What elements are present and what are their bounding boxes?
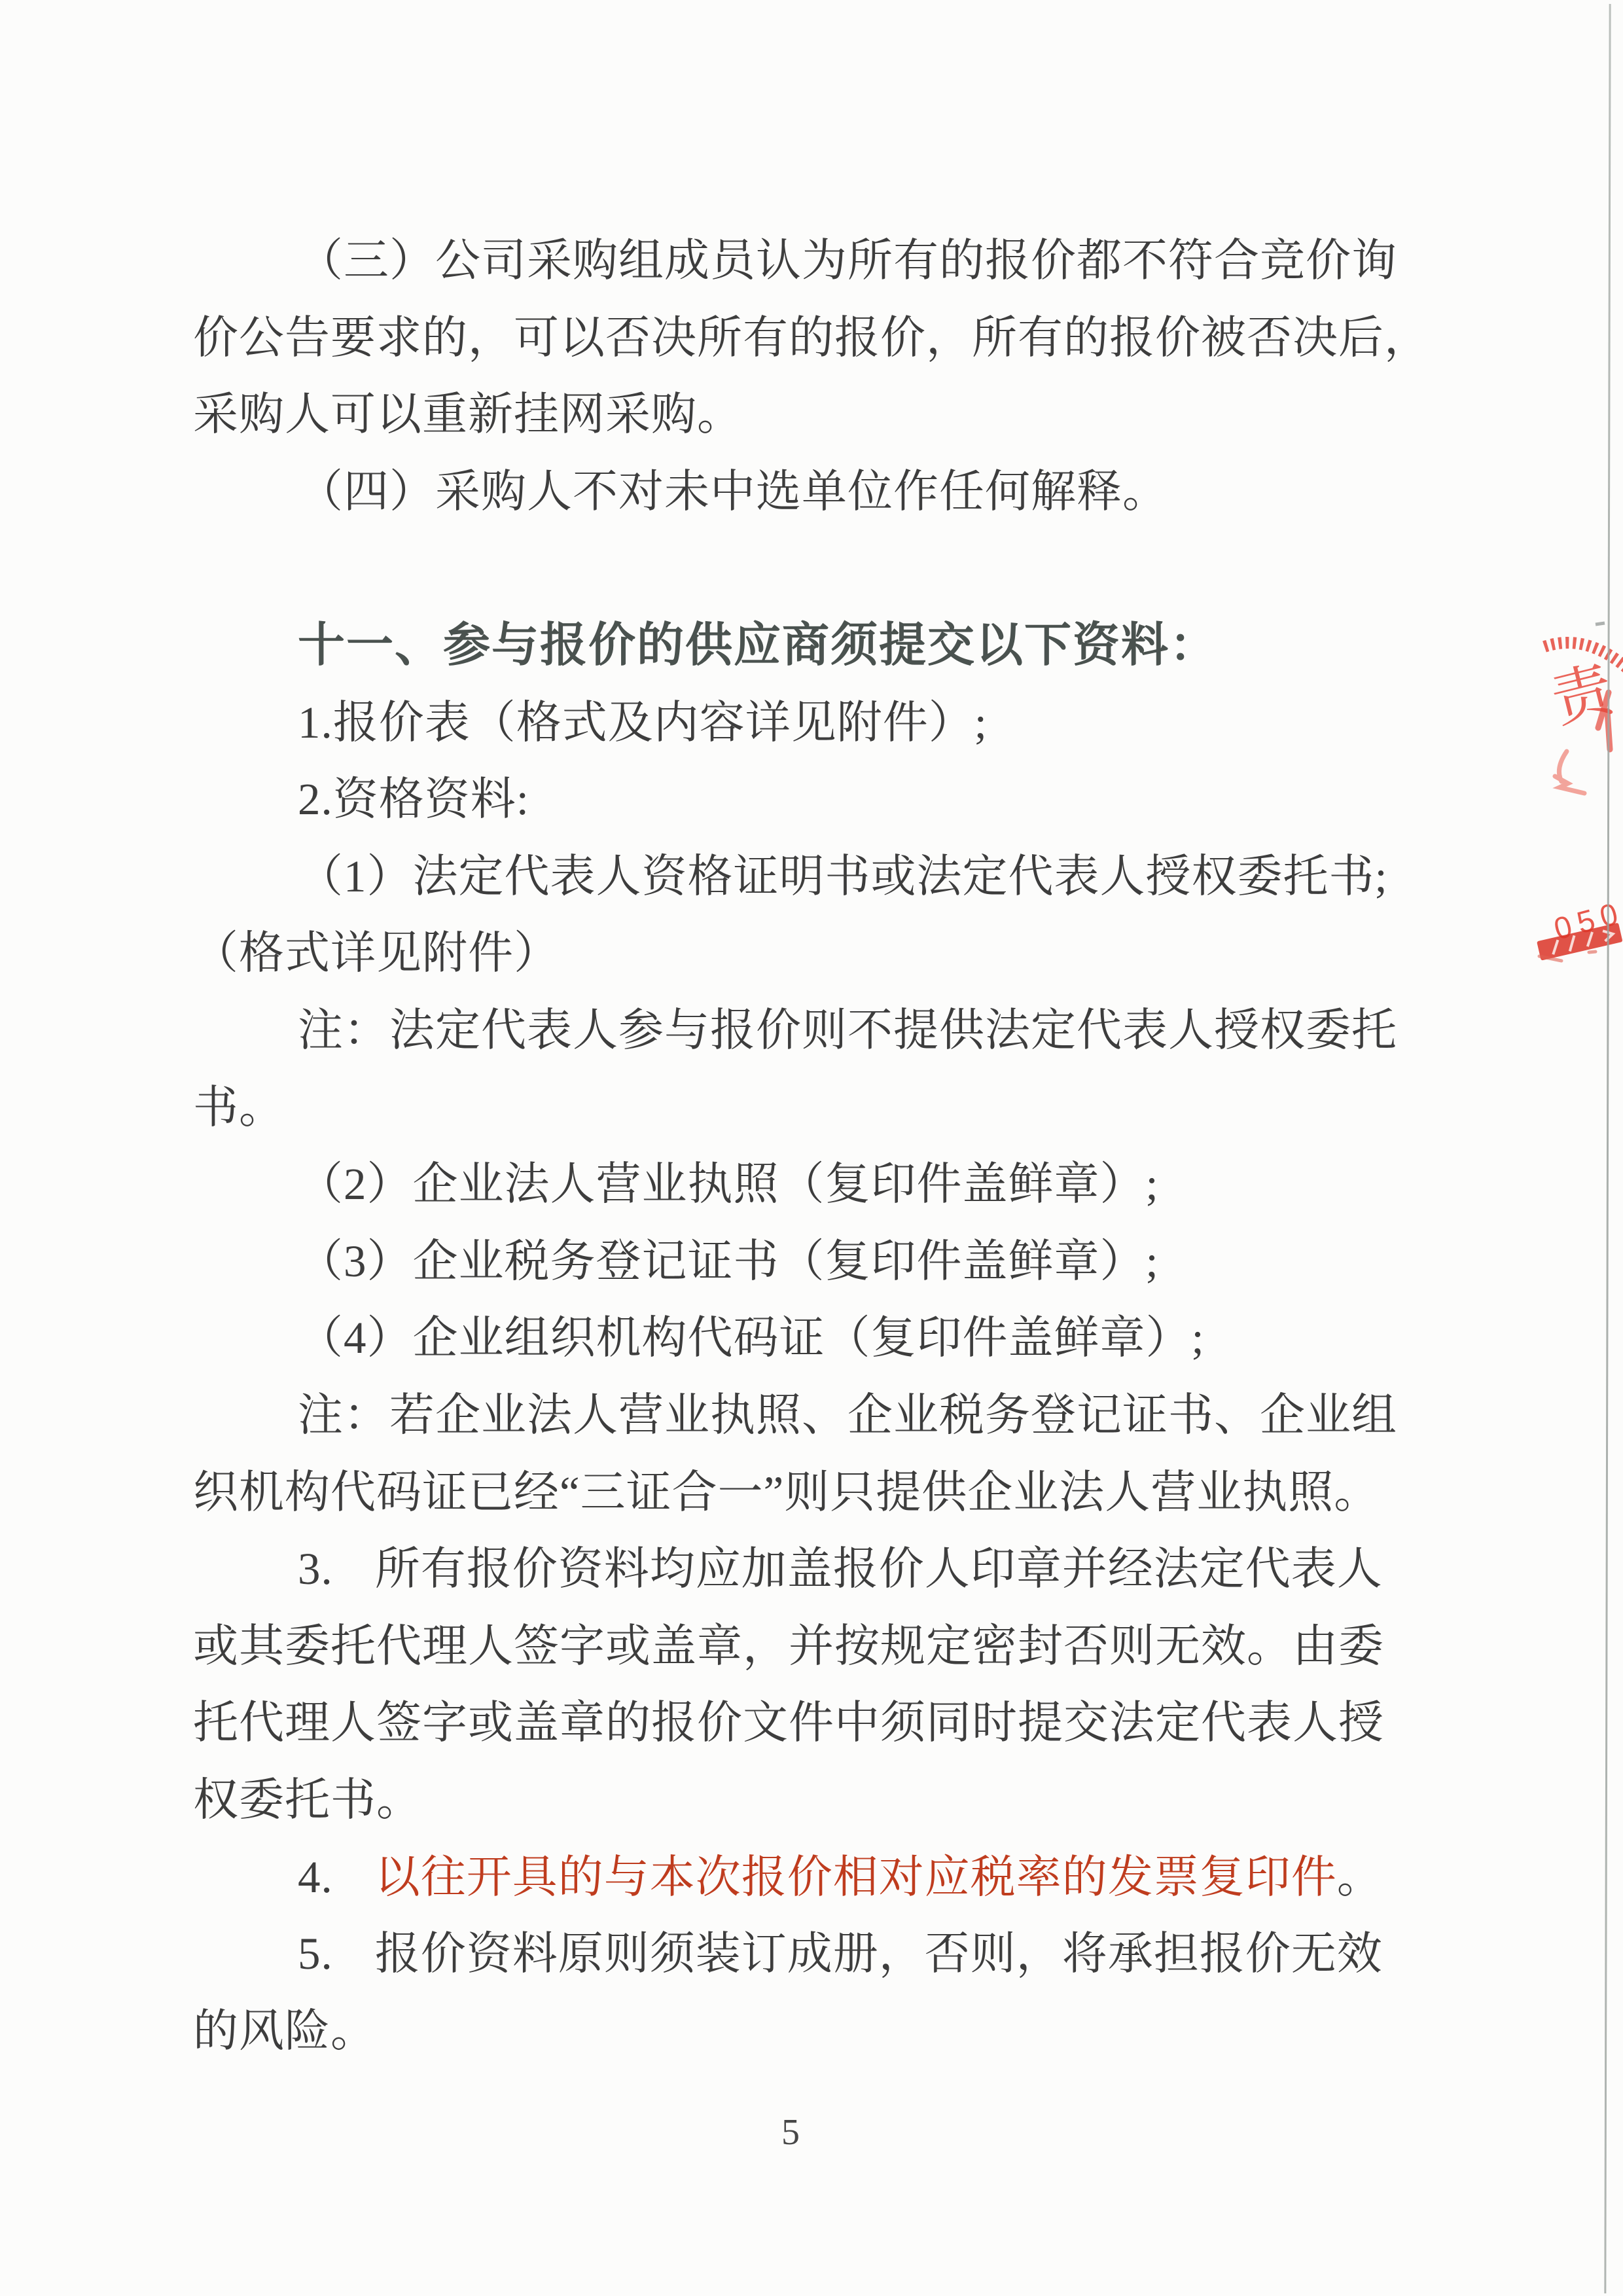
text-line: 织机构代码证已经“三证合一”则只提供企业法人营业执照。 — [193, 1461, 1380, 1524]
text-segment: 2.资格资料: — [298, 774, 529, 824]
highlighted-text: 以往开具的与本次报价相对应税率的发票复印件 — [375, 1852, 1337, 1902]
stamp-character: 责 — [1545, 655, 1623, 734]
text-line: 书。 — [193, 1076, 285, 1139]
text-segment: （1）法定代表人资格证明书或法定代表人授权委托书; — [298, 852, 1388, 901]
text-line: 注：法定代表人参与报价则不提供法定代表人授权委托 — [298, 999, 1397, 1062]
text-segment: 权委托书。 — [193, 1775, 422, 1825]
text-line: 4.以往开具的与本次报价相对应税率的发票复印件。 — [298, 1846, 1383, 1909]
text-segment: 注：若企业法人营业执照、企业税务登记证书、企业组 — [298, 1390, 1397, 1440]
text-segment: 价公告要求的，可以否决所有的报价，所有的报价被否决后， — [193, 313, 1430, 363]
text-segment: 3. — [298, 1544, 333, 1594]
text-segment: 的风险。 — [193, 2006, 376, 2056]
red-seal-stamp: 责 050 — [1499, 615, 1623, 982]
text-line: 权委托书。 — [193, 1768, 422, 1831]
text-segment: （3）企业税务登记证书（复印件盖鲜章）; — [298, 1236, 1159, 1286]
text-segment: （四）采购人不对未中选单位作任何解释。 — [298, 467, 1168, 516]
text-line: （1）法定代表人资格证明书或法定代表人授权委托书; — [298, 845, 1388, 908]
text-line: 的风险。 — [193, 2000, 376, 2062]
page-number: 5 — [781, 2111, 800, 2153]
text-segment: 4. — [298, 1852, 333, 1902]
svg-text:责: 责 — [1545, 655, 1623, 734]
text-line: 注：若企业法人营业执照、企业税务登记证书、企业组 — [298, 1384, 1397, 1446]
text-segment: 采购人可以重新挂网采购。 — [193, 389, 743, 439]
scan-speck — [1596, 623, 1605, 624]
text-segment: 报价资料原则须装订成册，否则，将承担报价无效 — [375, 1929, 1383, 1979]
text-segment: 所有报价资料均应加盖报价人印章并经法定代表人 — [375, 1544, 1383, 1594]
text-segment: 书。 — [193, 1083, 285, 1132]
text-line: 3.所有报价资料均应加盖报价人印章并经法定代表人 — [298, 1537, 1383, 1600]
text-segment: （2）企业法人营业执照（复印件盖鲜章）; — [298, 1159, 1159, 1209]
text-segment: 1.报价表（格式及内容详见附件）; — [298, 698, 988, 747]
section-heading: 十一、参与报价的供应商须提交以下资料： — [298, 614, 1218, 677]
text-line: （2）企业法人营业执照（复印件盖鲜章）; — [298, 1153, 1159, 1215]
text-segment: 十一、参与报价的供应商须提交以下资料： — [298, 619, 1218, 672]
text-line: （三）公司采购组成员认为所有的报价都不符合竞价询 — [298, 229, 1397, 292]
document-body-text: （三）公司采购组成员认为所有的报价都不符合竞价询价公告要求的，可以否决所有的报价… — [0, 0, 1623, 2296]
text-line: 5.报价资料原则须装订成册，否则，将承担报价无效 — [298, 1922, 1383, 1985]
text-segment: 织机构代码证已经“三证合一”则只提供企业法人营业执照。 — [193, 1467, 1380, 1517]
text-segment: 注：法定代表人参与报价则不提供法定代表人授权委托 — [298, 1005, 1397, 1055]
text-line: （格式详见附件） — [193, 922, 560, 984]
text-segment: 。 — [1337, 1852, 1383, 1902]
text-line: 托代理人签字或盖章的报价文件中须同时提交法定代表人授 — [193, 1691, 1384, 1754]
text-line: （四）采购人不对未中选单位作任何解释。 — [298, 460, 1168, 523]
scanned-document-page: （三）公司采购组成员认为所有的报价都不符合竞价询价公告要求的，可以否决所有的报价… — [0, 0, 1623, 2296]
text-line: （4）企业组织机构代码证（复印件盖鲜章）; — [298, 1306, 1205, 1369]
text-line: 采购人可以重新挂网采购。 — [193, 383, 743, 446]
text-segment: （三）公司采购组成员认为所有的报价都不符合竞价询 — [298, 236, 1397, 285]
text-segment: 或其委托代理人签字或盖章，并按规定密封否则无效。由委 — [193, 1621, 1384, 1671]
text-line: 或其委托代理人签字或盖章，并按规定密封否则无效。由委 — [193, 1615, 1384, 1677]
stamp-stroke-fragments — [1555, 751, 1584, 793]
text-line: 1.报价表（格式及内容详见附件）; — [298, 691, 988, 754]
text-segment: （4）企业组织机构代码证（复印件盖鲜章）; — [298, 1313, 1205, 1363]
text-segment: （格式详见附件） — [193, 928, 560, 978]
text-line: 价公告要求的，可以否决所有的报价，所有的报价被否决后， — [193, 306, 1430, 369]
text-line: 2.资格资料: — [298, 768, 529, 831]
text-line: （3）企业税务登记证书（复印件盖鲜章）; — [298, 1230, 1159, 1293]
text-segment: 托代理人签字或盖章的报价文件中须同时提交法定代表人授 — [193, 1698, 1384, 1748]
text-segment: 5. — [298, 1929, 333, 1979]
